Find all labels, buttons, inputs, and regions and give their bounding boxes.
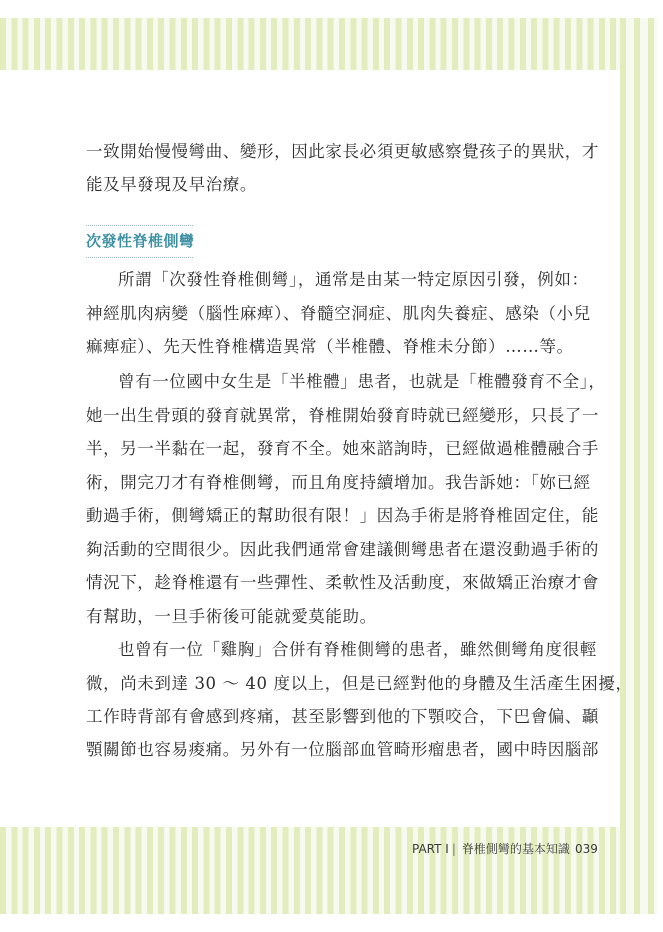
body-line: 她一出生骨頭的發育就異常，脊椎開始發育時就已經變形，只長了一: [86, 406, 599, 426]
body-line: 半，另一半黏在一起，發育不全。她來諮詢時，已經做過椎體融合手: [86, 439, 599, 459]
footer-chapter-title: 脊椎側彎的基本知識: [462, 839, 570, 859]
section-heading-title: 次發性脊椎側彎: [86, 231, 195, 251]
body-line: 能及早發現及早治療。: [86, 175, 257, 195]
page-number: 039: [575, 839, 598, 859]
heading-dotted-rule-bottom: [86, 257, 193, 258]
body-line: 夠活動的空間很少。因此我們通常會建議側彎患者在還沒動過手術的: [86, 540, 599, 560]
section-heading: 次發性脊椎側彎: [86, 224, 193, 258]
body-line: 神經肌肉病變（腦性麻痺）、脊髓空洞症、肌肉失養症、感染（小兒: [86, 304, 591, 324]
body-line: 動過手術，側彎矯正的幫助很有限！」因為手術是將脊椎固定住，能: [86, 506, 599, 526]
heading-dotted-rule-top: [86, 225, 193, 226]
body-line: 曾有一位國中女生是「半椎體」患者，也就是「椎體發育不全」，: [118, 372, 606, 392]
body-line: 情況下，趁脊椎還有一些彈性、柔軟性及活動度，來做矯正治療才會: [86, 573, 599, 593]
body-line: 一致開始慢慢彎曲、變形，因此家長必須更敏感察覺孩子的異狀，才: [86, 142, 599, 162]
body-line: 有幫助，一旦手術後可能就愛莫能助。: [86, 607, 377, 627]
footer-part-label: PART I: [412, 839, 449, 859]
body-line: 術，開完刀才有脊椎側彎，而且角度持續增加。我告訴她：「妳已經: [86, 473, 591, 493]
page-footer: PART I|脊椎側彎的基本知識 039: [412, 839, 570, 859]
decorative-stripe-right-column: [620, 18, 657, 914]
footer-separator: |: [452, 839, 456, 859]
body-line: 也曾有一位「雞胸」合併有脊椎側彎的患者，雖然側彎角度很輕: [118, 640, 597, 660]
body-line: 所謂「次發性脊椎側彎」，通常是由某一特定原因引發，例如：: [118, 270, 589, 290]
body-line: 痲痺症）、先天性脊椎構造異常（半椎體、脊椎未分節）……等。: [86, 337, 574, 357]
body-line: 工作時背部有會感到疼痛，甚至影響到他的下顎咬合，下巴會偏、顳: [86, 707, 599, 727]
body-line: 顎關節也容易痠痛。另外有一位腦部血管畸形瘤患者，國中時因腦部: [86, 740, 599, 760]
body-line: 微，尚未到達 30 ～ 40 度以上，但是已經對他的身體及生活產生困擾，: [86, 674, 633, 694]
decorative-stripe-top-band: [0, 18, 620, 70]
